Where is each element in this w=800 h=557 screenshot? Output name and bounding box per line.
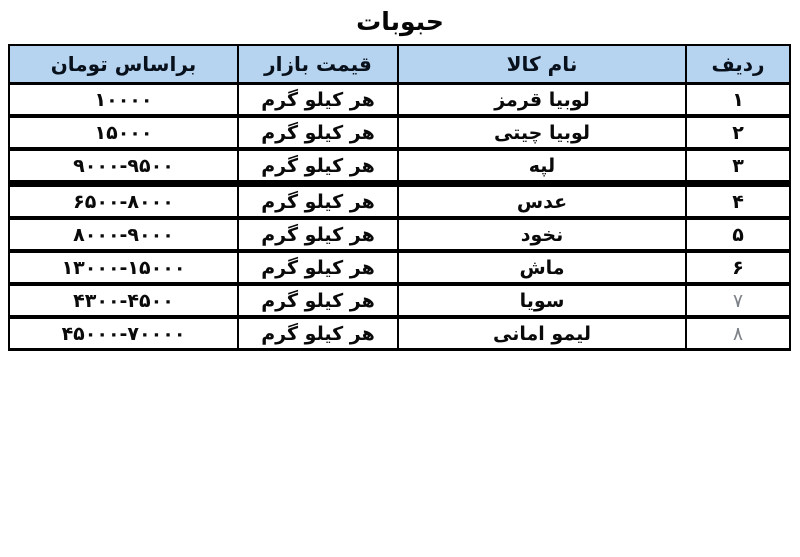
price-cell: ۴۵۰۰۰-۷۰۰۰۰ [9,317,238,350]
row-number-cell: ۸ [686,317,790,350]
unit-cell: هر کیلو گرم [238,149,398,184]
unit-cell: هر کیلو گرم [238,317,398,350]
header-market-price: قیمت بازار [238,45,398,84]
row-number-cell: ۲ [686,116,790,149]
price-cell: ۱۵۰۰۰ [9,116,238,149]
table-row: ۶ماشهر کیلو گرم۱۳۰۰۰-۱۵۰۰۰ [9,251,790,284]
row-number-cell: ۵ [686,218,790,251]
unit-cell: هر کیلو گرم [238,84,398,117]
table-row: ۱لوبیا قرمزهر کیلو گرم۱۰۰۰۰ [9,84,790,117]
table-row: ۵نخودهر کیلو گرم۸۰۰۰-۹۰۰۰ [9,218,790,251]
row-number-cell: ۳ [686,149,790,184]
row-number-cell: ۱ [686,84,790,117]
product-name-cell: سویا [398,284,686,317]
page-title: حبوبات [0,0,800,44]
unit-cell: هر کیلو گرم [238,218,398,251]
table-row: ۳لپههر کیلو گرم۹۰۰۰-۹۵۰۰ [9,149,790,184]
table-row: ۴عدسهر کیلو گرم۶۵۰۰-۸۰۰۰ [9,184,790,219]
product-name-cell: نخود [398,218,686,251]
page: حبوبات ردیف نام کالا قیمت بازار براساس ت… [0,0,800,351]
table-row: ۲لوبیا چیتیهر کیلو گرم۱۵۰۰۰ [9,116,790,149]
row-number-cell: ۷ [686,284,790,317]
header-row-number: ردیف [686,45,790,84]
product-name-cell: لوبیا قرمز [398,84,686,117]
table-row: ۷سویاهر کیلو گرم۴۳۰۰-۴۵۰۰ [9,284,790,317]
product-name-cell: ماش [398,251,686,284]
price-cell: ۱۰۰۰۰ [9,84,238,117]
price-cell: ۶۵۰۰-۸۰۰۰ [9,184,238,219]
table-row: ۸لیمو امانیهر کیلو گرم۴۵۰۰۰-۷۰۰۰۰ [9,317,790,350]
header-toman-basis: براساس تومان [9,45,238,84]
row-number-cell: ۴ [686,184,790,219]
product-name-cell: لپه [398,149,686,184]
unit-cell: هر کیلو گرم [238,116,398,149]
product-name-cell: لیمو امانی [398,317,686,350]
product-name-cell: عدس [398,184,686,219]
unit-cell: هر کیلو گرم [238,184,398,219]
product-name-cell: لوبیا چیتی [398,116,686,149]
unit-cell: هر کیلو گرم [238,284,398,317]
header-product-name: نام کالا [398,45,686,84]
price-cell: ۱۳۰۰۰-۱۵۰۰۰ [9,251,238,284]
row-number-cell: ۶ [686,251,790,284]
price-cell: ۹۰۰۰-۹۵۰۰ [9,149,238,184]
price-cell: ۴۳۰۰-۴۵۰۰ [9,284,238,317]
header-row: ردیف نام کالا قیمت بازار براساس تومان [9,45,790,84]
price-cell: ۸۰۰۰-۹۰۰۰ [9,218,238,251]
legumes-price-table: ردیف نام کالا قیمت بازار براساس تومان ۱ل… [8,44,791,351]
unit-cell: هر کیلو گرم [238,251,398,284]
table-body: ۱لوبیا قرمزهر کیلو گرم۱۰۰۰۰۲لوبیا چیتیهر… [9,84,790,350]
